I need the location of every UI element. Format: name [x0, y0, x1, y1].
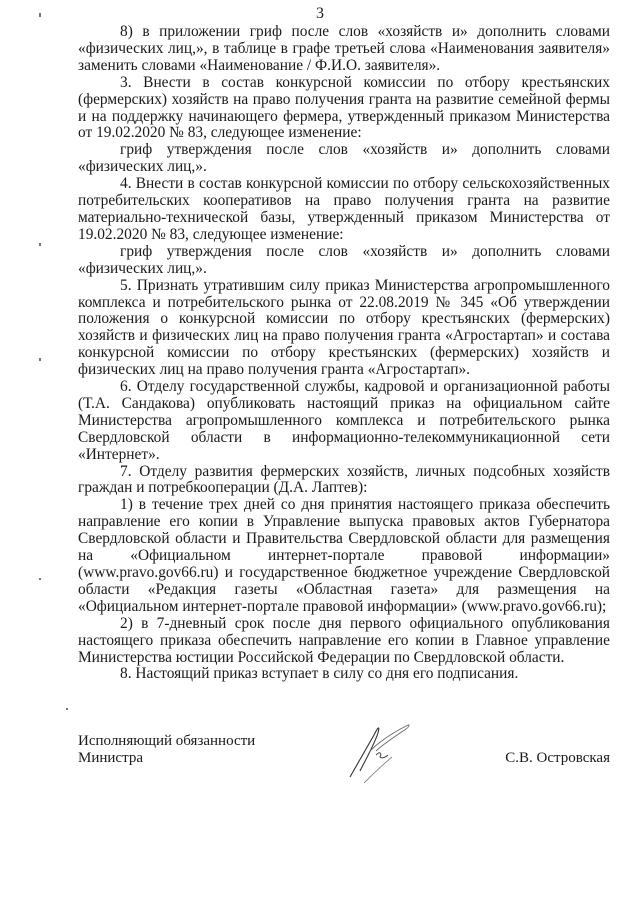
paragraph-3: 3. Внести в состав конкурсной комиссии п… [78, 75, 610, 143]
paragraph-7-item-1: 1) в течение трех дней со дня принятия н… [78, 497, 610, 615]
scan-artifact [39, 578, 41, 580]
page-number: 3 [0, 4, 640, 24]
scan-artifact [39, 243, 41, 246]
paragraph-5: 5. Признать утратившим силу приказ Минис… [78, 278, 610, 379]
paragraph-8: 8. Настоящий приказ вступает в силу со д… [78, 666, 610, 683]
paragraph-3-change: гриф утверждения после слов «хозяйств и»… [78, 142, 610, 176]
paragraph-6: 6. Отделу государственной службы, кадров… [78, 379, 610, 464]
document-body: 8) в приложении гриф после слов «хозяйст… [78, 24, 610, 683]
paragraph-7: 7. Отделу развития фермерских хозяйств, … [78, 464, 610, 498]
position-line-2: Министра [78, 750, 255, 767]
signatory-position: Исполняющий обязанности Министра [78, 733, 255, 767]
signatory-name: С.В. Островская [505, 750, 610, 767]
scan-artifact [66, 708, 68, 710]
position-line-1: Исполняющий обязанности [78, 733, 255, 750]
handwritten-signature-icon [336, 711, 416, 791]
paragraph-item-8: 8) в приложении гриф после слов «хозяйст… [78, 24, 610, 75]
paragraph-4-change: гриф утверждения после слов «хозяйств и»… [78, 244, 610, 278]
paragraph-7-item-2: 2) в 7-дневный срок после дня первого оф… [78, 616, 610, 667]
scan-artifact [39, 358, 41, 361]
paragraph-4: 4. Внести в состав конкурсной комиссии п… [78, 176, 610, 244]
